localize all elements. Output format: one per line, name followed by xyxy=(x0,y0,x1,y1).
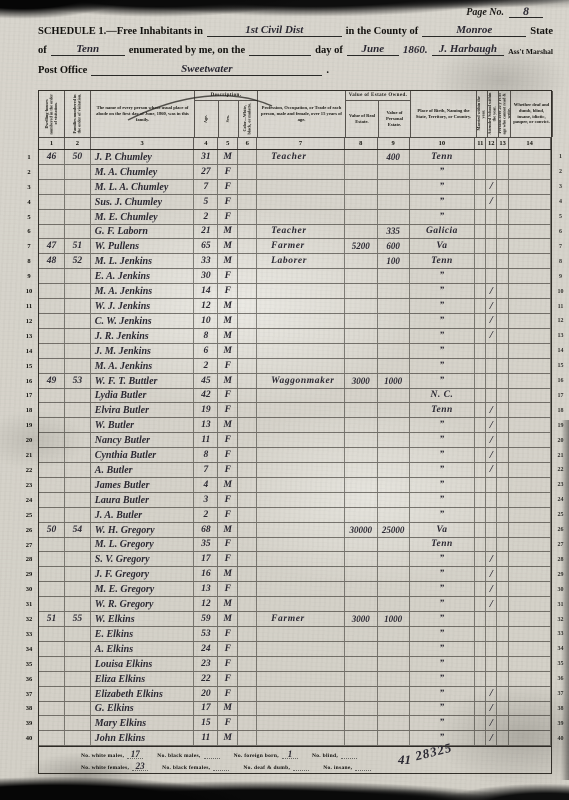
cell-real xyxy=(345,299,378,313)
cell-real xyxy=(345,463,378,477)
cell-dwelling xyxy=(39,389,65,403)
table-row: M. A. Jenkins2F” xyxy=(39,359,551,374)
cell-color xyxy=(238,403,257,417)
footer-label: No. black females, xyxy=(162,765,210,771)
footer-segment: No. white females,23 xyxy=(81,762,148,771)
table-footer: No. white males,17No. black males,No. fo… xyxy=(38,746,552,774)
cell-remarks xyxy=(509,448,551,462)
cell-married xyxy=(475,195,486,209)
cell-name: Elvira Butler xyxy=(91,403,195,417)
cell-occupation xyxy=(257,523,345,537)
cell-school xyxy=(486,389,497,403)
cell-remarks xyxy=(509,403,551,417)
cell-family xyxy=(65,180,91,194)
cell-school xyxy=(486,165,497,179)
cell-sex: M xyxy=(218,329,238,343)
table-row: M. A. Chumley27F” xyxy=(39,165,551,180)
cell-real xyxy=(345,687,378,701)
cell-remarks xyxy=(509,418,551,432)
table-row: A. Butler7F”/ xyxy=(39,463,551,478)
cell-dwelling xyxy=(39,508,65,522)
cell-name: Mary Elkins xyxy=(91,716,195,730)
cell-age: 11 xyxy=(194,433,218,447)
cell-read xyxy=(497,195,509,209)
cell-birthplace: ” xyxy=(410,582,476,596)
table-row: 4953W. F. T. Buttler45MWaggonmaker300010… xyxy=(39,374,551,389)
line-number: 1 xyxy=(555,150,566,165)
line-number: 7 xyxy=(555,239,566,254)
cell-personal: 335 xyxy=(378,225,410,239)
cell-married xyxy=(475,418,486,432)
cell-family xyxy=(65,642,91,656)
cell-married xyxy=(475,567,486,581)
cell-sex: F xyxy=(218,403,238,417)
footer-value: 1 xyxy=(282,750,298,759)
group-header-value-of-estate: Value of Estate Owned. xyxy=(346,91,411,101)
line-number: 12 xyxy=(22,314,36,329)
cell-occupation: Farmer xyxy=(257,612,345,626)
cell-remarks xyxy=(509,478,551,492)
cell-birthplace: ” xyxy=(410,269,476,283)
cell-occupation xyxy=(257,508,345,522)
cell-remarks xyxy=(509,567,551,581)
cell-married xyxy=(475,493,486,507)
cell-name: J. R. Jenkins xyxy=(91,329,195,343)
cell-real xyxy=(345,180,378,194)
cell-name: Louisa Elkins xyxy=(91,657,195,671)
cell-birthplace: ” xyxy=(410,493,476,507)
cell-color xyxy=(238,687,257,701)
cell-occupation: Laborer xyxy=(257,254,345,268)
cell-personal xyxy=(378,299,410,313)
cell-personal xyxy=(378,403,410,417)
footer-label: No. foreign born, xyxy=(234,753,279,759)
cell-real xyxy=(345,508,378,522)
cell-real xyxy=(345,418,378,432)
cell-real: 3000 xyxy=(345,374,378,388)
cell-color xyxy=(238,493,257,507)
cell-occupation xyxy=(257,284,345,298)
cell-family xyxy=(65,210,91,224)
line-number: 40 xyxy=(22,731,36,746)
footer-label: No. white females, xyxy=(81,765,129,771)
cell-personal xyxy=(378,210,410,224)
cell-name: G. F. Laborn xyxy=(91,225,195,239)
table-row: G. F. Laborn21MTeacher335Galicia xyxy=(39,225,551,240)
line-number: 25 xyxy=(555,508,566,523)
cell-color xyxy=(238,508,257,522)
cell-school: / xyxy=(486,329,497,343)
cell-personal xyxy=(378,448,410,462)
cell-remarks xyxy=(509,687,551,701)
line-number: 18 xyxy=(22,403,36,418)
cell-personal: 25000 xyxy=(378,523,410,537)
cell-color xyxy=(238,657,257,671)
line-number: 36 xyxy=(555,672,566,687)
cell-sex: M xyxy=(218,374,238,388)
cell-dwelling: 46 xyxy=(39,150,65,164)
line-number: 14 xyxy=(555,344,566,359)
cell-personal xyxy=(378,582,410,596)
cell-occupation xyxy=(257,463,345,477)
cell-read xyxy=(497,239,509,253)
cell-family xyxy=(65,448,91,462)
cell-dwelling: 48 xyxy=(39,254,65,268)
cell-remarks xyxy=(509,657,551,671)
cell-age: 11 xyxy=(194,731,218,745)
cell-birthplace: Tenn xyxy=(410,403,476,417)
cell-name: S. V. Gregory xyxy=(91,552,195,566)
cell-dwelling xyxy=(39,672,65,686)
cell-occupation xyxy=(257,731,345,745)
line-number: 13 xyxy=(555,329,566,344)
line-number: 7 xyxy=(22,239,36,254)
cell-age: 68 xyxy=(194,523,218,537)
cell-dwelling xyxy=(39,567,65,581)
cell-color xyxy=(238,567,257,581)
line-number: 20 xyxy=(22,433,36,448)
cell-sex: M xyxy=(218,478,238,492)
col-number: 8 xyxy=(345,138,378,149)
cell-family xyxy=(65,165,91,179)
line-number: 17 xyxy=(555,389,566,404)
cell-color xyxy=(238,195,257,209)
cell-sex: F xyxy=(218,657,238,671)
col-header-9: Value of Personal Estate. xyxy=(379,101,411,137)
line-number: 15 xyxy=(22,359,36,374)
cell-dwelling: 50 xyxy=(39,523,65,537)
cell-color xyxy=(238,523,257,537)
line-number: 12 xyxy=(555,314,566,329)
cell-family xyxy=(65,657,91,671)
cell-school: / xyxy=(486,716,497,730)
col-number: 14 xyxy=(509,138,551,149)
cell-occupation xyxy=(257,687,345,701)
cell-family xyxy=(65,359,91,373)
cell-family xyxy=(65,672,91,686)
line-number: 38 xyxy=(555,702,566,717)
table-row: James Butler4M” xyxy=(39,478,551,493)
line-number: 34 xyxy=(555,642,566,657)
enumerated-label: enumerated by me, on the xyxy=(129,45,245,56)
cell-school xyxy=(486,642,497,656)
cell-name: E. A. Jenkins xyxy=(91,269,195,283)
cell-birthplace: ” xyxy=(410,716,476,730)
col-header-2: Families numbered in the order of visita… xyxy=(65,91,91,137)
cell-birthplace: ” xyxy=(410,552,476,566)
line-number: 23 xyxy=(22,478,36,493)
col-header-label: Persons over 20 y'rs of age who cannot r… xyxy=(499,91,511,137)
table-row: 5054W. H. Gregory68M3000025000Va xyxy=(39,523,551,538)
cell-occupation: Farmer xyxy=(257,239,345,253)
cell-personal xyxy=(378,627,410,641)
line-number: 15 xyxy=(555,359,566,374)
of-label: of xyxy=(38,45,47,56)
cell-remarks xyxy=(509,612,551,626)
cell-color xyxy=(238,538,257,552)
cell-age: 65 xyxy=(194,239,218,253)
cell-married xyxy=(475,508,486,522)
cell-remarks xyxy=(509,344,551,358)
cell-school: / xyxy=(486,418,497,432)
cell-real xyxy=(345,344,378,358)
cell-name: A. Butler xyxy=(91,463,195,477)
footer-label: No. white males, xyxy=(81,753,124,759)
cell-occupation xyxy=(257,552,345,566)
cell-family xyxy=(65,687,91,701)
cell-sex: F xyxy=(218,672,238,686)
cell-married xyxy=(475,448,486,462)
line-number: 8 xyxy=(555,254,566,269)
line-number: 32 xyxy=(22,612,36,627)
cell-sex: F xyxy=(218,552,238,566)
cell-color xyxy=(238,359,257,373)
cell-personal xyxy=(378,508,410,522)
cell-name: W. Pullens xyxy=(91,239,195,253)
cell-read xyxy=(497,582,509,596)
cell-read xyxy=(497,403,509,417)
cell-married xyxy=(475,538,486,552)
cell-sex: M xyxy=(218,702,238,716)
col-header-label: Whether deaf and dumb, blind, insane, id… xyxy=(511,101,552,126)
cell-married xyxy=(475,225,486,239)
cell-married xyxy=(475,150,486,164)
cell-sex: F xyxy=(218,269,238,283)
table-row: C. W. Jenkins10M”/ xyxy=(39,314,551,329)
cell-name: M. L. Gregory xyxy=(91,538,195,552)
cell-read xyxy=(497,508,509,522)
cell-read xyxy=(497,702,509,716)
cell-color xyxy=(238,642,257,656)
cell-remarks xyxy=(509,463,551,477)
cell-dwelling xyxy=(39,359,65,373)
cell-real xyxy=(345,716,378,730)
cell-real xyxy=(345,195,378,209)
line-number: 3 xyxy=(555,180,566,195)
cell-age: 7 xyxy=(194,463,218,477)
cell-occupation xyxy=(257,418,345,432)
cell-school xyxy=(486,254,497,268)
line-number: 17 xyxy=(22,389,36,404)
cell-birthplace: ” xyxy=(410,597,476,611)
cell-dwelling xyxy=(39,448,65,462)
cell-personal: 1000 xyxy=(378,374,410,388)
header-line-2: of Tenn enumerated by me, on the day of … xyxy=(38,43,553,56)
cell-read xyxy=(497,359,509,373)
cell-sex: F xyxy=(218,716,238,730)
col-number: 11 xyxy=(475,138,486,149)
line-number: 10 xyxy=(22,284,36,299)
cell-age: 3 xyxy=(194,493,218,507)
cell-family xyxy=(65,418,91,432)
header-line-3: Post Office Sweetwater . xyxy=(38,63,329,76)
cell-family xyxy=(65,702,91,716)
post-office-period: . xyxy=(326,65,329,76)
cell-personal xyxy=(378,716,410,730)
cell-occupation xyxy=(257,627,345,641)
cell-school xyxy=(486,508,497,522)
cell-remarks xyxy=(509,389,551,403)
cell-family xyxy=(65,225,91,239)
cell-real xyxy=(345,359,378,373)
cell-school xyxy=(486,493,497,507)
cell-birthplace: Galicia xyxy=(410,225,476,239)
cell-family: 54 xyxy=(65,523,91,537)
cell-sex: M xyxy=(218,150,238,164)
table-row: Nancy Butler11F”/ xyxy=(39,433,551,448)
footer-segment: No. deaf & dumb, xyxy=(243,765,309,771)
cell-color xyxy=(238,299,257,313)
cell-sex: F xyxy=(218,448,238,462)
cell-age: 27 xyxy=(194,165,218,179)
footer-segment: No. black females, xyxy=(162,765,229,771)
line-number: 27 xyxy=(22,538,36,553)
cell-color xyxy=(238,597,257,611)
cell-name: A. Elkins xyxy=(91,642,195,656)
cell-dwelling xyxy=(39,433,65,447)
cell-occupation xyxy=(257,359,345,373)
cell-dwelling xyxy=(39,493,65,507)
line-number: 21 xyxy=(555,448,566,463)
cell-occupation xyxy=(257,597,345,611)
col-number: 6 xyxy=(238,138,257,149)
cell-real xyxy=(345,403,378,417)
col-header-11: Married within the year. xyxy=(477,91,488,137)
cell-birthplace: ” xyxy=(410,165,476,179)
table-row: E. Elkins53F” xyxy=(39,627,551,642)
cell-read xyxy=(497,389,509,403)
footer-value xyxy=(213,770,229,771)
cell-real xyxy=(345,538,378,552)
cell-sex: F xyxy=(218,284,238,298)
cell-birthplace: Va xyxy=(410,239,476,253)
cell-name: W. J. Jenkins xyxy=(91,299,195,313)
cell-sex: F xyxy=(218,180,238,194)
cell-birthplace: ” xyxy=(410,627,476,641)
cell-married xyxy=(475,254,486,268)
cell-read xyxy=(497,478,509,492)
cell-read xyxy=(497,493,509,507)
cell-birthplace: Tenn xyxy=(410,254,476,268)
cell-read xyxy=(497,254,509,268)
cell-school xyxy=(486,225,497,239)
cell-personal xyxy=(378,672,410,686)
table-row: 4852M. L. Jenkins33MLaborer100Tenn xyxy=(39,254,551,269)
cell-real: 30000 xyxy=(345,523,378,537)
line-number: 22 xyxy=(555,463,566,478)
cell-read xyxy=(497,314,509,328)
cell-dwelling xyxy=(39,597,65,611)
cell-sex: M xyxy=(218,239,238,253)
cell-name: Laura Butler xyxy=(91,493,195,507)
cell-school: / xyxy=(486,284,497,298)
cell-personal xyxy=(378,538,410,552)
year-value: 1860. xyxy=(403,44,428,56)
cell-married xyxy=(475,552,486,566)
table-header: Description.Value of Estate Owned.Dwelli… xyxy=(38,90,552,137)
cell-married xyxy=(475,687,486,701)
footer-label: No. insane, xyxy=(323,765,352,771)
cell-family: 55 xyxy=(65,612,91,626)
footer-segment: No. white males,17 xyxy=(81,750,143,759)
line-number: 3 xyxy=(22,180,36,195)
line-number: 35 xyxy=(22,657,36,672)
cell-personal: 100 xyxy=(378,254,410,268)
footer-value: 17 xyxy=(127,750,143,759)
cell-age: 2 xyxy=(194,359,218,373)
cell-birthplace: ” xyxy=(410,284,476,298)
cell-birthplace: ” xyxy=(410,210,476,224)
table-row: Cynthia Butler8F”/ xyxy=(39,448,551,463)
col-header-1: Dwelling-houses numbered in the order of… xyxy=(39,91,65,137)
cell-age: 5 xyxy=(194,195,218,209)
state-word: State xyxy=(530,26,553,37)
cell-family xyxy=(65,403,91,417)
cell-age: 2 xyxy=(194,508,218,522)
line-number: 8 xyxy=(22,254,36,269)
col-header-label: Place of Birth, Naming the State, Territ… xyxy=(411,107,476,120)
cell-occupation xyxy=(257,493,345,507)
cell-married xyxy=(475,180,486,194)
cell-married xyxy=(475,627,486,641)
cell-married xyxy=(475,239,486,253)
cell-school xyxy=(486,612,497,626)
cell-birthplace: N. C. xyxy=(410,389,476,403)
line-number: 26 xyxy=(22,523,36,538)
cell-color xyxy=(238,239,257,253)
cell-married xyxy=(475,523,486,537)
footer-line-2: No. white females,23No. black females,No… xyxy=(81,762,401,771)
month-field: June xyxy=(347,43,399,56)
cell-sex: F xyxy=(218,627,238,641)
cell-remarks xyxy=(509,731,551,745)
cell-read xyxy=(497,567,509,581)
cell-real: 5200 xyxy=(345,239,378,253)
table-row: S. V. Gregory17F”/ xyxy=(39,552,551,567)
cell-name: C. W. Jenkins xyxy=(91,314,195,328)
cell-school xyxy=(486,672,497,686)
cell-school xyxy=(486,269,497,283)
cell-real xyxy=(345,150,378,164)
cell-sex: F xyxy=(218,538,238,552)
cell-dwelling xyxy=(39,642,65,656)
cell-birthplace: ” xyxy=(410,642,476,656)
cell-dwelling xyxy=(39,195,65,209)
cell-remarks xyxy=(509,642,551,656)
cell-married xyxy=(475,284,486,298)
table-row: 4751W. Pullens65MFarmer5200600Va xyxy=(39,239,551,254)
cell-color xyxy=(238,180,257,194)
state-field: Tenn xyxy=(51,43,125,56)
line-number: 11 xyxy=(555,299,566,314)
cell-age: 17 xyxy=(194,702,218,716)
cell-read xyxy=(497,642,509,656)
cell-school xyxy=(486,359,497,373)
cell-remarks xyxy=(509,314,551,328)
cell-family: 52 xyxy=(65,254,91,268)
cell-remarks xyxy=(509,359,551,373)
cell-remarks xyxy=(509,180,551,194)
scan-artifact-bottom xyxy=(0,774,569,800)
cell-birthplace: ” xyxy=(410,180,476,194)
cell-personal xyxy=(378,344,410,358)
table-row: Lydia Butler42FN. C. xyxy=(39,389,551,404)
cell-family xyxy=(65,493,91,507)
cell-school: / xyxy=(486,702,497,716)
cell-family xyxy=(65,627,91,641)
cell-dwelling xyxy=(39,284,65,298)
cell-name: James Butler xyxy=(91,478,195,492)
